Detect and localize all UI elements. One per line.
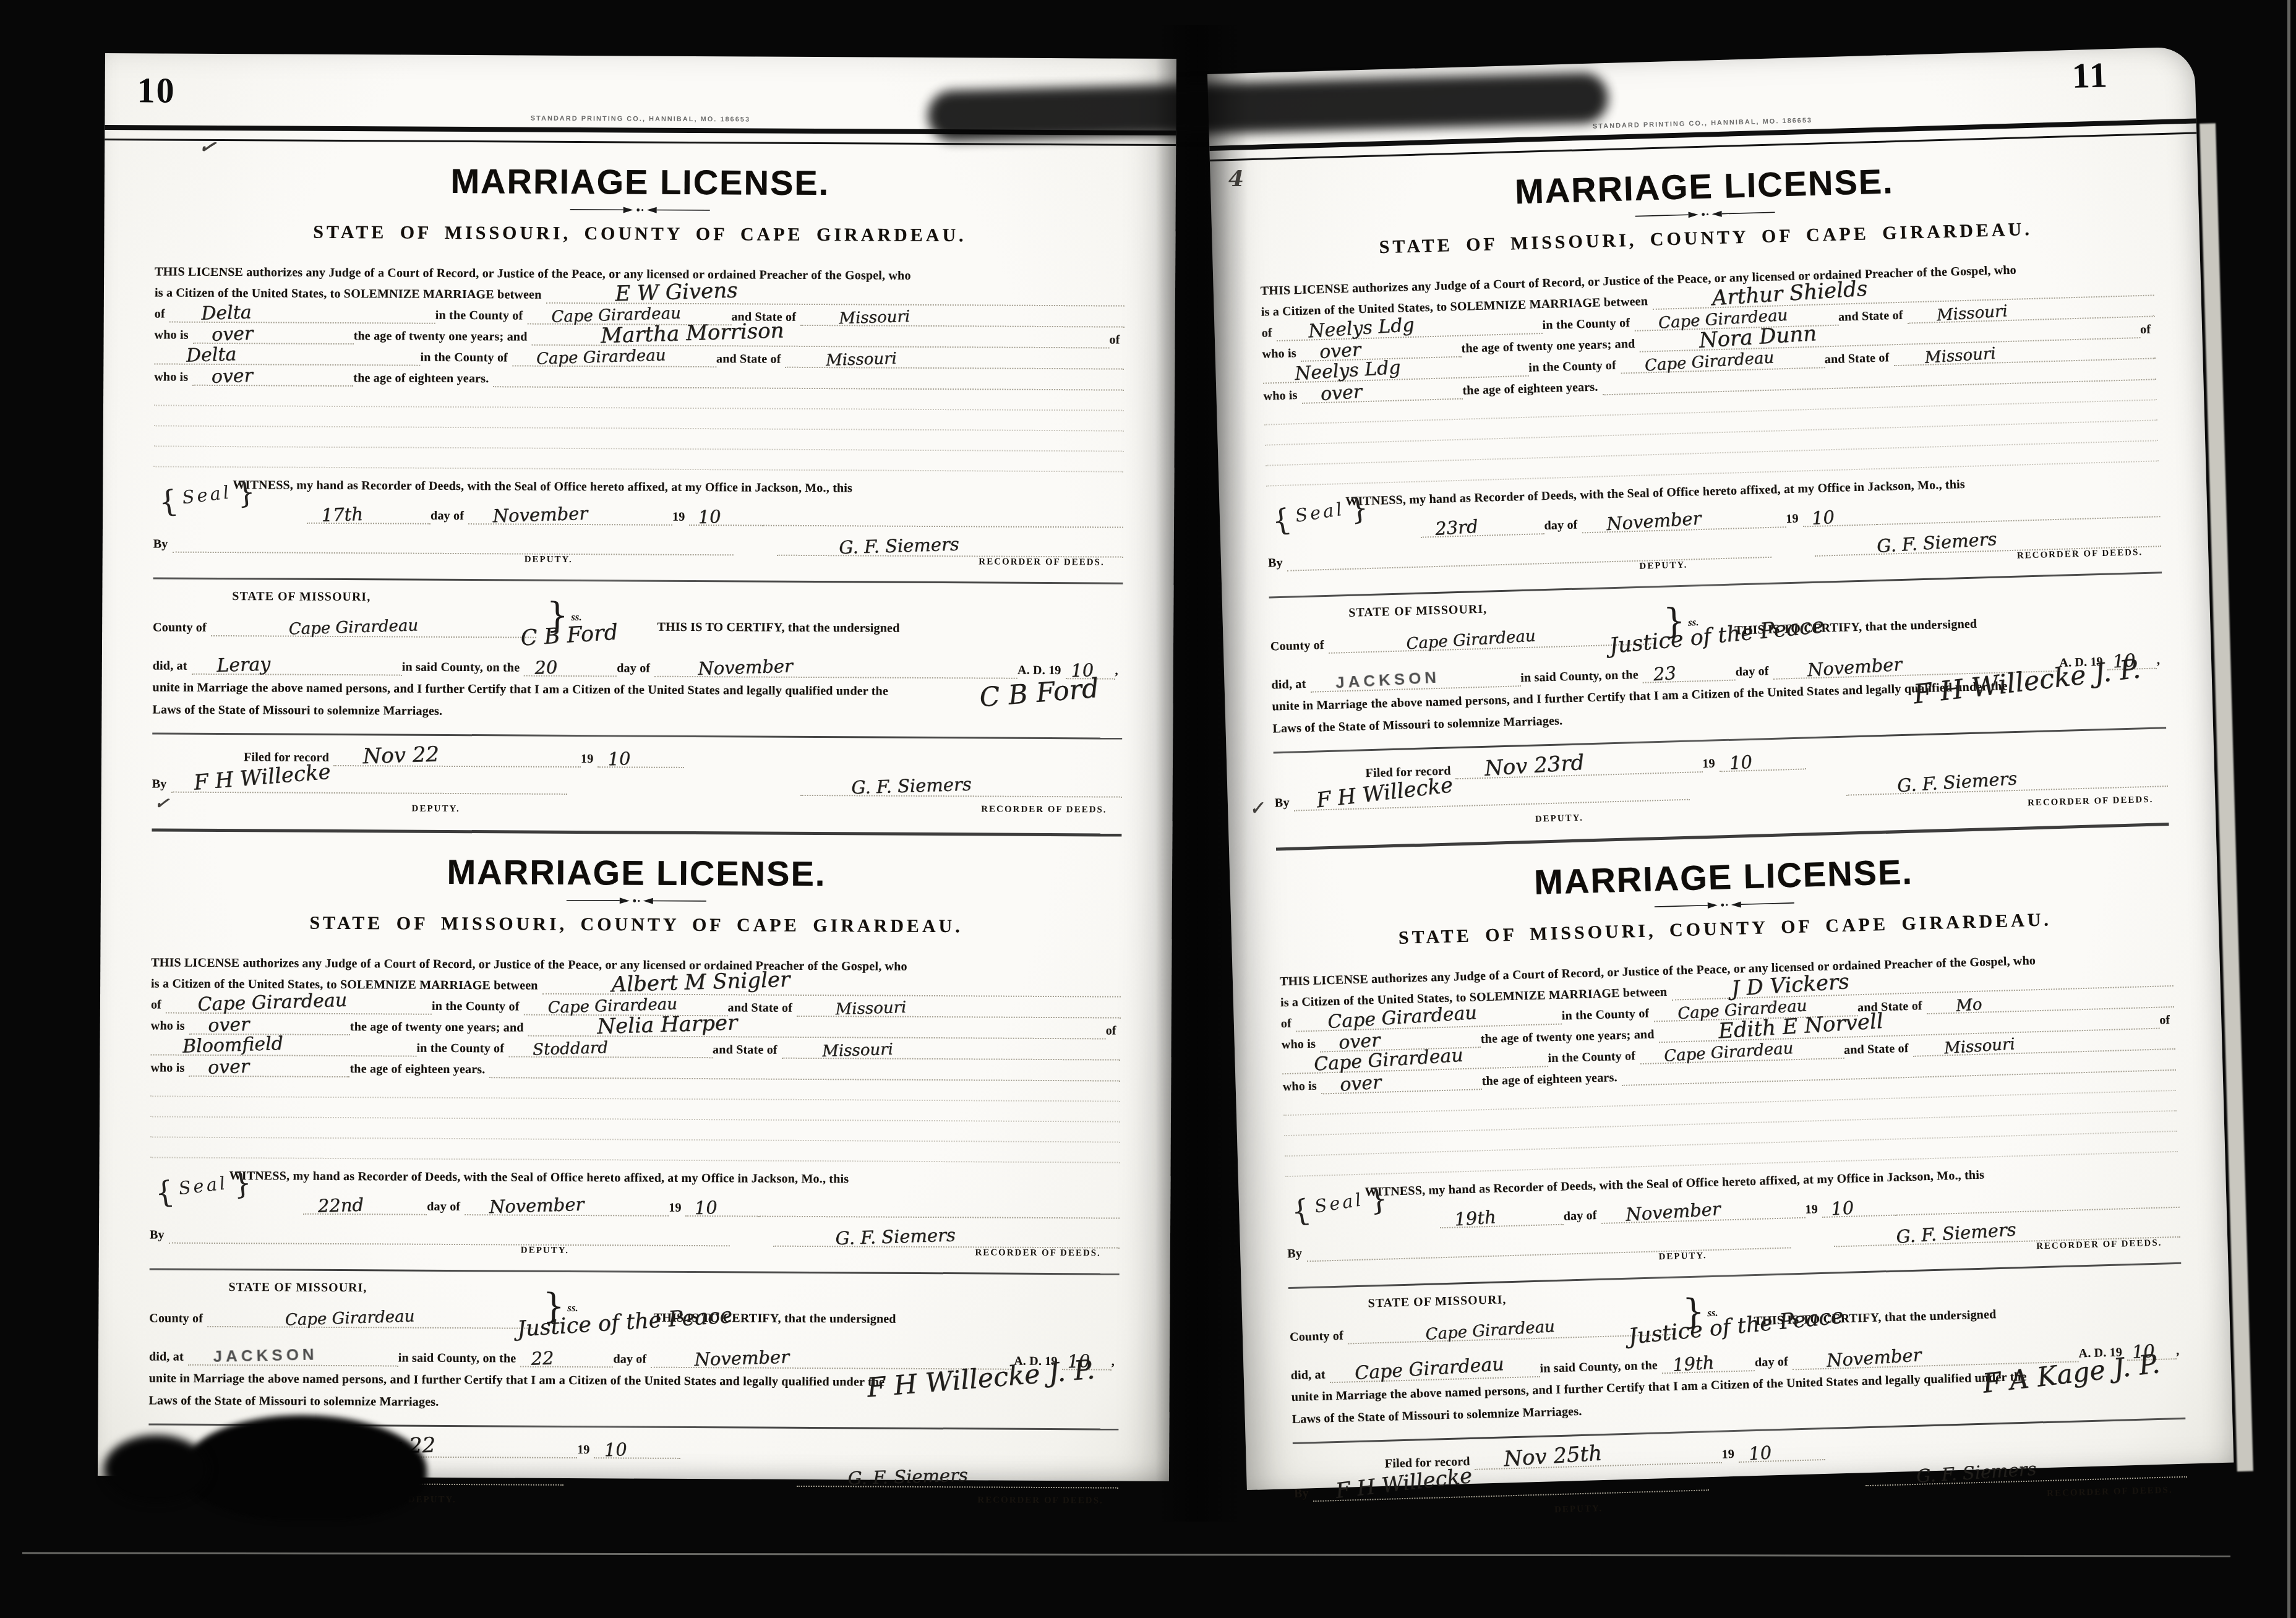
groom-state-field: Missouri (800, 304, 1124, 328)
spacer (563, 1465, 797, 1487)
recorder-label: RECORDER OF DEEDS. (2028, 795, 2154, 809)
binding-gutter-shadow (1155, 25, 1248, 1522)
scan-ink-blob (186, 1415, 427, 1520)
filed-recorder-field: G. F. Siemers (800, 774, 1122, 798)
spacer (734, 526, 777, 555)
groom-age-field: over (193, 322, 354, 345)
cert-day: 20 (534, 659, 558, 677)
bride-residence: Delta (186, 345, 236, 365)
license-body: THIS LICENSE authorizes any Judge of a C… (153, 259, 1124, 472)
county-written-field: Cape Girardeau (207, 1305, 533, 1329)
bride-age: over (208, 1058, 250, 1077)
bride-state: Missouri (826, 351, 897, 369)
state-heading: STATE OF MISSOURI, (1348, 602, 1487, 620)
section-divider (150, 1268, 1120, 1275)
by-label: By (153, 537, 173, 552)
state-heading: STATE OF MISSOURI, (228, 1280, 367, 1295)
cert-month: November (694, 1348, 789, 1369)
filed-year: 10 (1729, 753, 1753, 773)
deputy-label: DEPUTY. (521, 1246, 569, 1256)
register-page-left: 10 STANDARD PRINTING CO., HANNIBAL, MO. … (98, 53, 1176, 1481)
county-written: Cape Girardeau (1425, 1319, 1556, 1343)
spacer (567, 774, 800, 796)
groom-residence: Delta (200, 303, 251, 323)
witness-year-field: 10 (1822, 1185, 1896, 1218)
license-title: MARRIAGE LICENSE. (152, 850, 1121, 895)
in-said-county-label: in said County, on the (402, 661, 525, 677)
officiant-name: C B Ford (520, 622, 619, 649)
officiant-signature-field: F H Willecke J. P. (868, 1375, 1096, 1403)
witness-day: 22nd (317, 1196, 364, 1215)
spacer (1708, 1465, 1865, 1491)
seal-brace: } (231, 1165, 254, 1202)
filed-year: 10 (1748, 1444, 1772, 1463)
witness-block: {Seal} WITNESS, my hand as Recorder of D… (1266, 466, 2162, 589)
did-at-label: did, at (1271, 677, 1311, 694)
bride-state-field: Missouri (782, 1037, 1121, 1061)
county-label: in the County of (1542, 316, 1634, 334)
license-body: THIS LICENSE authorizes any Judge of a C… (1260, 254, 2159, 486)
filed-date: Nov 23rd (1484, 752, 1585, 779)
county-written-field: Cape Girardeau (211, 614, 536, 638)
witness-block: {Seal} WITNESS, my hand as Recorder of D… (153, 472, 1124, 575)
license-slot: MARRIAGE LICENSE. STATE OF MISSOURI, COU… (148, 828, 1122, 1514)
marriage-license-form: MARRIAGE LICENSE. STATE OF MISSOURI, COU… (152, 140, 1126, 823)
scanner-edge-line (2287, 0, 2290, 1618)
filed-recorder-field: G. F. Siemers (1846, 764, 2168, 796)
of-label: of (1106, 1024, 1121, 1039)
county-label: in the County of (417, 1042, 509, 1058)
day-of-label: day of (1755, 1355, 1793, 1371)
bride-name: Nelia Harper (597, 1012, 738, 1037)
officiant-signature-field: C B Ford (980, 685, 1100, 712)
officiant-signature-field: F A Kage J. P. (1984, 1366, 2162, 1398)
officiant-name: Justice of the Peace (1627, 1306, 1844, 1348)
year-prefix: 19 (1786, 512, 1803, 528)
filed-date: Nov 25th (1503, 1443, 1603, 1470)
who-is-label: who is (151, 1019, 189, 1034)
bride-state: Missouri (822, 1042, 893, 1059)
recorder-signature: G. F. Siemers (835, 1226, 956, 1248)
bride-state-field: Missouri (786, 346, 1124, 370)
cert-month-field: November (654, 655, 1017, 679)
state-label: and State of (727, 1001, 797, 1017)
spacer (1689, 775, 1846, 800)
groom-age: over (208, 1016, 250, 1035)
filed-year-field: 10 (598, 745, 684, 768)
cert-day: 19th (1673, 1354, 1715, 1374)
cert-month: November (1826, 1346, 1922, 1370)
bride-county-field: Cape Girardeau (512, 344, 716, 367)
witness-block: {Seal} WITNESS, my hand as Recorder of D… (1285, 1157, 2181, 1280)
license-slot: MARRIAGE LICENSE. STATE OF MISSOURI, COU… (152, 140, 1126, 823)
unite-text: unite in Marriage the above named person… (153, 680, 893, 700)
recorder-signature: G. F. Siemers (839, 535, 959, 557)
certificate-block: STATE OF MISSOURI, County of Cape Girard… (1288, 1273, 2185, 1435)
deputy-label: DEPUTY. (1554, 1504, 1603, 1515)
county-written: Cape Girardeau (1406, 628, 1536, 652)
county-label: in the County of (1561, 1006, 1653, 1024)
witness-day-field: 22nd (303, 1184, 427, 1215)
marriage-license-form: MARRIAGE LICENSE. STATE OF MISSOURI, COU… (1257, 135, 2169, 838)
license-title: MARRIAGE LICENSE. (155, 159, 1125, 204)
deputy-signature-field (169, 1213, 730, 1247)
who-is-label: who is (155, 328, 193, 343)
filed-deputy-field: F H Willecke (1293, 778, 1690, 811)
comma: , (2157, 653, 2165, 669)
witness-block: {Seal} WITNESS, my hand as Recorder of D… (150, 1163, 1120, 1265)
year-prefix: 19 (577, 1443, 594, 1458)
filed-date-field: Nov 23rd (1455, 750, 1703, 779)
performed-place-field: Cape Girardeau (1329, 1355, 1540, 1383)
divider-ornament-icon (152, 894, 1121, 910)
by-label: By (1275, 796, 1294, 812)
by-label: By (150, 1228, 169, 1243)
performed-place-field: JACKSON (188, 1343, 398, 1367)
comma: , (1112, 1355, 1119, 1371)
groom-state: Missouri (839, 309, 910, 327)
filed-year: 10 (604, 1440, 627, 1459)
section-divider (152, 732, 1122, 739)
deputy-label: DEPUTY. (1658, 1251, 1707, 1262)
seal-word: Seal (173, 1171, 234, 1199)
recorder-signature: G. F. Siemers (847, 1466, 968, 1488)
ss-label: ss. (567, 1302, 578, 1314)
witness-month: November (492, 505, 588, 526)
bride-residence-field: Bloomfield (151, 1033, 417, 1056)
pen-checkmark: ✓ (153, 792, 171, 815)
groom-residence: Cape Girardeau (197, 991, 347, 1014)
cert-month: November (1807, 656, 1903, 680)
groom-residence-field: Cape Girardeau (166, 991, 432, 1015)
witness-year: 10 (694, 1199, 717, 1217)
witness-day-field: 17th (307, 493, 430, 524)
filed-deputy-field: F H Willecke (1313, 1468, 1709, 1502)
day-of-label: day of (617, 661, 654, 677)
groom-age-field: over (189, 1012, 350, 1035)
bride-county-field: Stoddard (508, 1035, 713, 1058)
cert-day-field: 22 (520, 1345, 613, 1368)
witness-month-field: November (465, 1184, 669, 1217)
in-said-county-label: in said County, on the (398, 1351, 521, 1368)
county-of-label: County of (149, 1311, 207, 1327)
state-heading: STATE OF MISSOURI, (232, 589, 371, 604)
recorder-signature: G. F. Siemers (1896, 769, 2018, 795)
bride-name: Martha Morrison (601, 320, 784, 346)
did-at-label: did, at (153, 659, 192, 674)
bride-residence: Bloomfield (182, 1035, 283, 1056)
day-of-label: day of (1735, 664, 1773, 681)
bride-age-field: over (192, 364, 353, 387)
deputy-label: DEPUTY. (1639, 560, 1687, 572)
of-label: of (1109, 333, 1124, 349)
deputy-signature-field (173, 522, 734, 556)
officiant-field: Justice of the Peace (1609, 630, 1826, 657)
groom-age: over (212, 325, 254, 345)
cert-day-field: 23 (1642, 659, 1736, 683)
filed-block: Filed for record Nov 25th 19 10 By F H W… (1293, 1428, 2188, 1528)
pen-checkmark: ✓ (1248, 797, 1265, 819)
recorder-signature-field: G. F. Siemers (773, 1216, 1120, 1249)
recorder-label: RECORDER OF DEEDS. (975, 1248, 1100, 1259)
county-written-field: Cape Girardeau (1347, 1313, 1673, 1345)
year-prefix: 19 (1702, 756, 1720, 773)
year-prefix: 19 (672, 510, 690, 526)
scan-scratch-line (22, 1552, 2230, 1557)
performed-place: Leray (216, 655, 271, 675)
bride-age-field: over (189, 1055, 349, 1077)
of-label: of (151, 998, 166, 1013)
officiant-field: Justice of the Peace (518, 1319, 734, 1342)
marriage-license-form: MARRIAGE LICENSE. STATE OF MISSOURI, COU… (1276, 826, 2188, 1528)
officiant-signature-field: F H Willecke J. P. (1914, 675, 2143, 708)
laws-text: Laws of the State of Missouri to solemni… (1291, 1405, 1586, 1428)
spacer (1771, 527, 1815, 558)
filed-recorder-field: G. F. Siemers (797, 1465, 1118, 1489)
cert-day-field: 20 (524, 654, 617, 677)
spacer (1790, 1217, 1834, 1248)
groom-name: E W Givens (615, 280, 738, 304)
groom-residence-field: Delta (169, 301, 435, 324)
filed-recorder-field: G. F. Siemers (1865, 1455, 2187, 1487)
marriage-license-form: MARRIAGE LICENSE. STATE OF MISSOURI, COU… (148, 831, 1122, 1514)
certificate-block: STATE OF MISSOURI, County of Cape Girard… (152, 588, 1123, 730)
by-label: By (1294, 1486, 1313, 1502)
county-written: Cape Girardeau (288, 617, 418, 637)
scanned-register-canvas: 10 STANDARD PRINTING CO., HANNIBAL, MO. … (0, 0, 2296, 1618)
day-of-label: day of (430, 509, 468, 524)
county-of-label: County of (1290, 1329, 1348, 1346)
license-subtitle: STATE OF MISSOURI, COUNTY OF CAPE GIRARD… (155, 221, 1124, 247)
witness-month-field: November (468, 494, 672, 526)
witness-month: November (489, 1196, 584, 1217)
county-written-field: Cape Girardeau (1328, 622, 1654, 654)
officiant-field: Justice of the Peace (1629, 1321, 1846, 1348)
state-heading: STATE OF MISSOURI, (1368, 1293, 1506, 1311)
deputy-signature: F H Willecke (193, 761, 332, 794)
filed-date: Nov 22 (362, 744, 439, 768)
groom-state: Missouri (835, 999, 906, 1017)
who-is-label: who is (154, 370, 192, 385)
filed-block: Filed for record Nov 22 19 10 By F H Wil… (152, 743, 1123, 823)
empty-rule-line (153, 445, 1123, 472)
county-of-label: County of (1270, 638, 1329, 656)
empty-rule-line (763, 495, 1123, 528)
spacer (730, 1217, 773, 1246)
did-at-label: did, at (1290, 1368, 1330, 1384)
who-is-label: who is (150, 1061, 189, 1076)
year-prefix: 19 (1721, 1447, 1739, 1463)
filed-date-field: Nov 25th (1474, 1441, 1722, 1470)
deputy-label: DEPUTY. (525, 555, 573, 565)
witness-day-field: 23rd (1420, 503, 1544, 538)
performed-place-field: Leray (192, 653, 402, 676)
license-slot: MARRIAGE LICENSE. STATE OF MISSOURI, COU… (1257, 135, 2169, 838)
performed-place: JACKSON (1335, 667, 1441, 692)
filed-deputy-field: F H Willecke (171, 771, 567, 795)
recorder-label: RECORDER OF DEEDS. (981, 804, 1107, 815)
section-divider (153, 577, 1123, 584)
year-prefix: 19 (1805, 1202, 1822, 1218)
county-of-label: County of (153, 620, 211, 636)
laws-text: Laws of the State of Missouri to solemni… (152, 703, 447, 719)
year-prefix: 19 (669, 1201, 686, 1217)
deputy-signature: F H Willecke (1335, 1465, 1473, 1502)
state-label: and State of (716, 352, 786, 368)
of-label: of (1261, 326, 1277, 342)
license-body: THIS LICENSE authorizes any Judge of a C… (150, 950, 1121, 1163)
bride-age: over (212, 367, 254, 387)
in-said-county-label: in said County, on the (1520, 668, 1643, 687)
performed-place-field: JACKSON (1310, 664, 1521, 692)
by-label: By (152, 777, 171, 792)
unite-text: unite in Marriage the above named person… (149, 1371, 889, 1390)
recorder-signature: G. F. Siemers (1916, 1460, 2037, 1486)
seal-brace: } (234, 474, 257, 511)
performed-place: Cape Girardeau (1354, 1355, 1504, 1383)
filed-year-field: 10 (1719, 747, 1806, 772)
seal-word: Seal (176, 481, 238, 508)
county-written: Cape Girardeau (285, 1308, 415, 1328)
filed-date-field: Nov 22 (333, 744, 581, 768)
year-prefix: 19 (581, 752, 598, 768)
recorder-label: RECORDER OF DEEDS. (977, 1495, 1103, 1506)
performed-place: JACKSON (213, 1345, 318, 1366)
filed-year-field: 10 (594, 1436, 681, 1459)
recorder-signature: G. F. Siemers (851, 776, 972, 797)
officiant-signature: C B Ford (979, 675, 1100, 712)
deputy-label: DEPUTY. (1535, 813, 1583, 824)
filed-block: Filed for record Nov 23rd 19 10 By F H W… (1274, 737, 2169, 837)
groom-state-field: Missouri (797, 995, 1121, 1019)
of-label: of (155, 307, 169, 322)
by-label: By (1287, 1246, 1306, 1262)
witness-day-field: 19th (1439, 1194, 1564, 1229)
cert-month: November (698, 657, 793, 678)
license-body: THIS LICENSE authorizes any Judge of a C… (1279, 944, 2178, 1177)
day-of-label: day of (613, 1352, 651, 1368)
by-label: By (1268, 556, 1287, 572)
county-label: in the County of (420, 351, 512, 367)
recorder-signature-field: G. F. Siemers (777, 525, 1123, 558)
ss-label: ss. (571, 611, 582, 623)
county-label: in the County of (435, 309, 528, 325)
license-slot: MARRIAGE LICENSE. STATE OF MISSOURI, COU… (1276, 823, 2188, 1528)
comma: , (1115, 664, 1123, 680)
certificate-block: STATE OF MISSOURI, County of Cape Girard… (1269, 582, 2166, 744)
of-label: of (1281, 1017, 1296, 1033)
witness-year-field: 10 (1802, 494, 1877, 527)
groom-name: Albert M Snigler (611, 969, 790, 996)
witness-year-field: 10 (686, 1186, 760, 1217)
cert-day: 23 (1653, 664, 1677, 683)
recorder-label: RECORDER OF DEEDS. (979, 557, 1104, 568)
bride-county: Cape Girardeau (536, 347, 666, 367)
of-label: of (2140, 322, 2156, 338)
recorder-label: RECORDER OF DEEDS. (2047, 1485, 2173, 1499)
state-label: and State of (713, 1043, 782, 1059)
laws-text: Laws of the State of Missouri to solemni… (1272, 714, 1567, 737)
deputy-signature: F H Willecke (1316, 774, 1454, 811)
empty-rule-line (760, 1186, 1120, 1219)
cert-day: 22 (531, 1350, 554, 1368)
divider-ornament-icon (155, 203, 1125, 220)
certificate-block: STATE OF MISSOURI, County of Cape Girard… (148, 1278, 1119, 1421)
officiant-name: Justice of the Peace (1608, 615, 1825, 657)
filed-year-field: 10 (1738, 1438, 1825, 1463)
of-label: of (2159, 1013, 2175, 1029)
license-subtitle: STATE OF MISSOURI, COUNTY OF CAPE GIRARD… (152, 912, 1121, 938)
filed-year: 10 (607, 750, 631, 768)
county-label: in the County of (432, 999, 524, 1016)
officiant-field: C B Ford (521, 628, 619, 651)
witness-year: 10 (698, 508, 721, 526)
page-number: 10 (137, 69, 176, 111)
empty-rule-line (150, 1136, 1120, 1163)
pen-checkmark: 4 (1228, 166, 1244, 192)
register-page-right: 11 STANDARD PRINTING CO., HANNIBAL, MO. … (1207, 46, 2234, 1490)
in-said-county-label: in said County, on the (1540, 1358, 1662, 1377)
page-number: 11 (2071, 54, 2109, 96)
witness-day: 17th (321, 505, 363, 524)
scan-ink-blob (104, 1435, 209, 1503)
certify-text: THIS IS TO CERTIFY, that the undersigned (657, 620, 904, 637)
bride-residence-field: Delta (154, 342, 420, 366)
cert-day-field: 19th (1661, 1349, 1755, 1374)
laws-text: Laws of the State of Missouri to solemni… (149, 1393, 443, 1410)
bride-county: Stoddard (533, 1040, 608, 1058)
witness-year-field: 10 (689, 495, 763, 526)
day-of-label: day of (427, 1200, 465, 1215)
did-at-label: did, at (149, 1350, 188, 1365)
deputy-label: DEPUTY. (412, 804, 460, 815)
comma: , (2176, 1344, 2184, 1359)
